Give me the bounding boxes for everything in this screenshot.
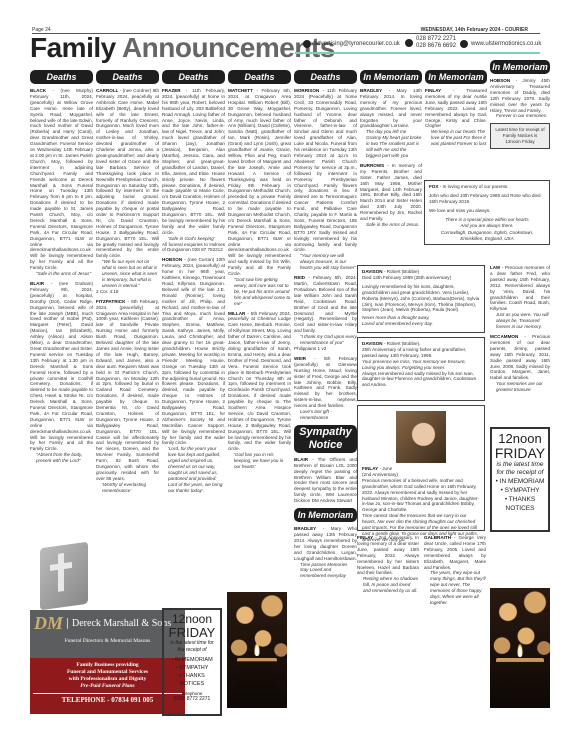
notice-finlay-june: FINLAY - June (2nd Anniversary) Precious…	[357, 405, 485, 531]
notice-davison-2: DAVISON - Robert (Bobbie). 25th Annivers…	[357, 337, 485, 401]
notice-bradley: BRADLEY - Mary 13th February 2014. In lo…	[360, 88, 422, 159]
section-header-deaths: Deaths	[30, 70, 93, 84]
contact-phone[interactable]: 028 8772 2271028 8676 6692	[405, 36, 456, 50]
section-header-in-memoriam: In Memoriam	[360, 70, 422, 84]
notice-frazer: FRAZER - 11th February, 2024, (peacefull…	[162, 88, 225, 253]
deadline-notice-2: 12noon FRIDAY is the latest time for the…	[490, 427, 550, 532]
column-4: Deaths MATCHETT - February 6th, 2024, at…	[228, 70, 291, 474]
column-7: In Memoriam FINLAY - Treasured memories …	[425, 70, 487, 151]
notice-galbraith: GALBRAITH - George Very dear Uncle, call…	[424, 535, 486, 610]
notice-finlay: FINLAY - Treasured memories of my dear A…	[425, 88, 487, 147]
email-icon	[303, 40, 311, 48]
notice-fox: FOX - In loving memory of our parents. J…	[424, 180, 550, 245]
bible-icon	[40, 542, 88, 611]
notice-bradley-2: BRADLEY - Mary Who passed away 13th Febr…	[294, 526, 357, 579]
notice-carroll: CARROLL - (nee Cordner) 8th February 202…	[96, 88, 159, 295]
phone-icon	[405, 39, 413, 47]
contact-website[interactable]: www.ulstermotionics.co.uk	[460, 40, 541, 48]
accent-rule	[295, 52, 540, 54]
notice-fitzpatrick: FITZPATRICK - 8th February, 2024, (peace…	[96, 299, 159, 494]
notice-davison-1: DAVISON - Robert (Bobbie) Died 13th Febr…	[357, 265, 485, 333]
section-header-sympathy: Sympathy Notice	[294, 425, 357, 453]
column-5: Deaths MORRISON - 11th February 2024 (Pe…	[294, 70, 357, 583]
ad-logo: DM	[34, 613, 63, 634]
section-header-deaths: Deaths	[228, 70, 291, 84]
column-2: Deaths CARROLL - (nee Cordner) 8th Febru…	[96, 70, 159, 498]
section-header-deaths: Deaths	[162, 70, 225, 84]
column-8: In Memoriam HOBSON - Jimmy 45th Annivers…	[490, 60, 550, 149]
notice-black: BLACK - (nee Murphy) February 11th, 2024…	[30, 88, 93, 277]
notice-burrows: BURROWS - In memory of my Parents, Broth…	[360, 163, 422, 228]
candle-image	[227, 592, 287, 708]
section-header-deaths: Deaths	[294, 70, 357, 84]
notice-weir: WEIR - 5th February (peacefully) at Glen…	[294, 356, 357, 421]
column-3: Deaths FRAZER - 11th February, 2024, (pe…	[162, 70, 225, 498]
portrait-photo	[396, 411, 446, 463]
notice-reid: REID - February 5th, 2024. Martin, Calve…	[294, 275, 357, 352]
web-icon	[460, 40, 468, 48]
section-header-in-memoriam: In Memoriam	[490, 60, 550, 74]
page-title: Family Announcements	[30, 33, 335, 63]
section-header-deaths: Deaths	[96, 70, 159, 84]
notice-hobson: HOBSON - (nee Curran) 10th February, 202…	[162, 257, 225, 493]
candle-image-2	[490, 588, 550, 708]
column-1: Deaths BLACK - (nee Murphy) February 11t…	[30, 70, 93, 468]
section-header-in-memoriam: In Memoriam	[425, 70, 487, 84]
latest-time-box: Latest time for receipt of Family Notice…	[490, 123, 550, 149]
contact-email[interactable]: advertising@tyronecourier.co.uk	[303, 40, 400, 48]
notice-morrison: MORRISON - 11th February 2024 (Peacefull…	[294, 88, 357, 271]
notice-finlay-2: FINLAY - 2nd Anniversary. In loving memo…	[357, 535, 419, 598]
notice-millar: MILLAR - 5th February 2024, peacefully a…	[228, 311, 291, 470]
notice-hobson-memoriam: HOBSON - Jimmy 45th Anniversary Treasure…	[490, 78, 550, 119]
section-header-in-memoriam: In Memoriam	[294, 508, 357, 522]
deadline-notice: 12noon FRIDAY is the latest time for the…	[162, 608, 222, 716]
notice-law: LAW - Precious memories of a dear father…	[490, 265, 550, 330]
notice-matchett: MATCHETT - February 6th, 2024, at Craiga…	[228, 88, 291, 307]
notice-mccammon: MCCAMMON - Precious memories of our dear…	[490, 334, 550, 393]
column-6: In Memoriam BRADLEY - Mary 13th February…	[360, 70, 422, 232]
notice-blair: BLAIR - (nee Graham) February 9th, 2024,…	[30, 281, 93, 464]
column-8-lower: LAW - Precious memories of a dear father…	[490, 265, 550, 397]
notice-blair-sympathy: BLAIR - The Officers and Brethren of Box…	[294, 457, 357, 504]
